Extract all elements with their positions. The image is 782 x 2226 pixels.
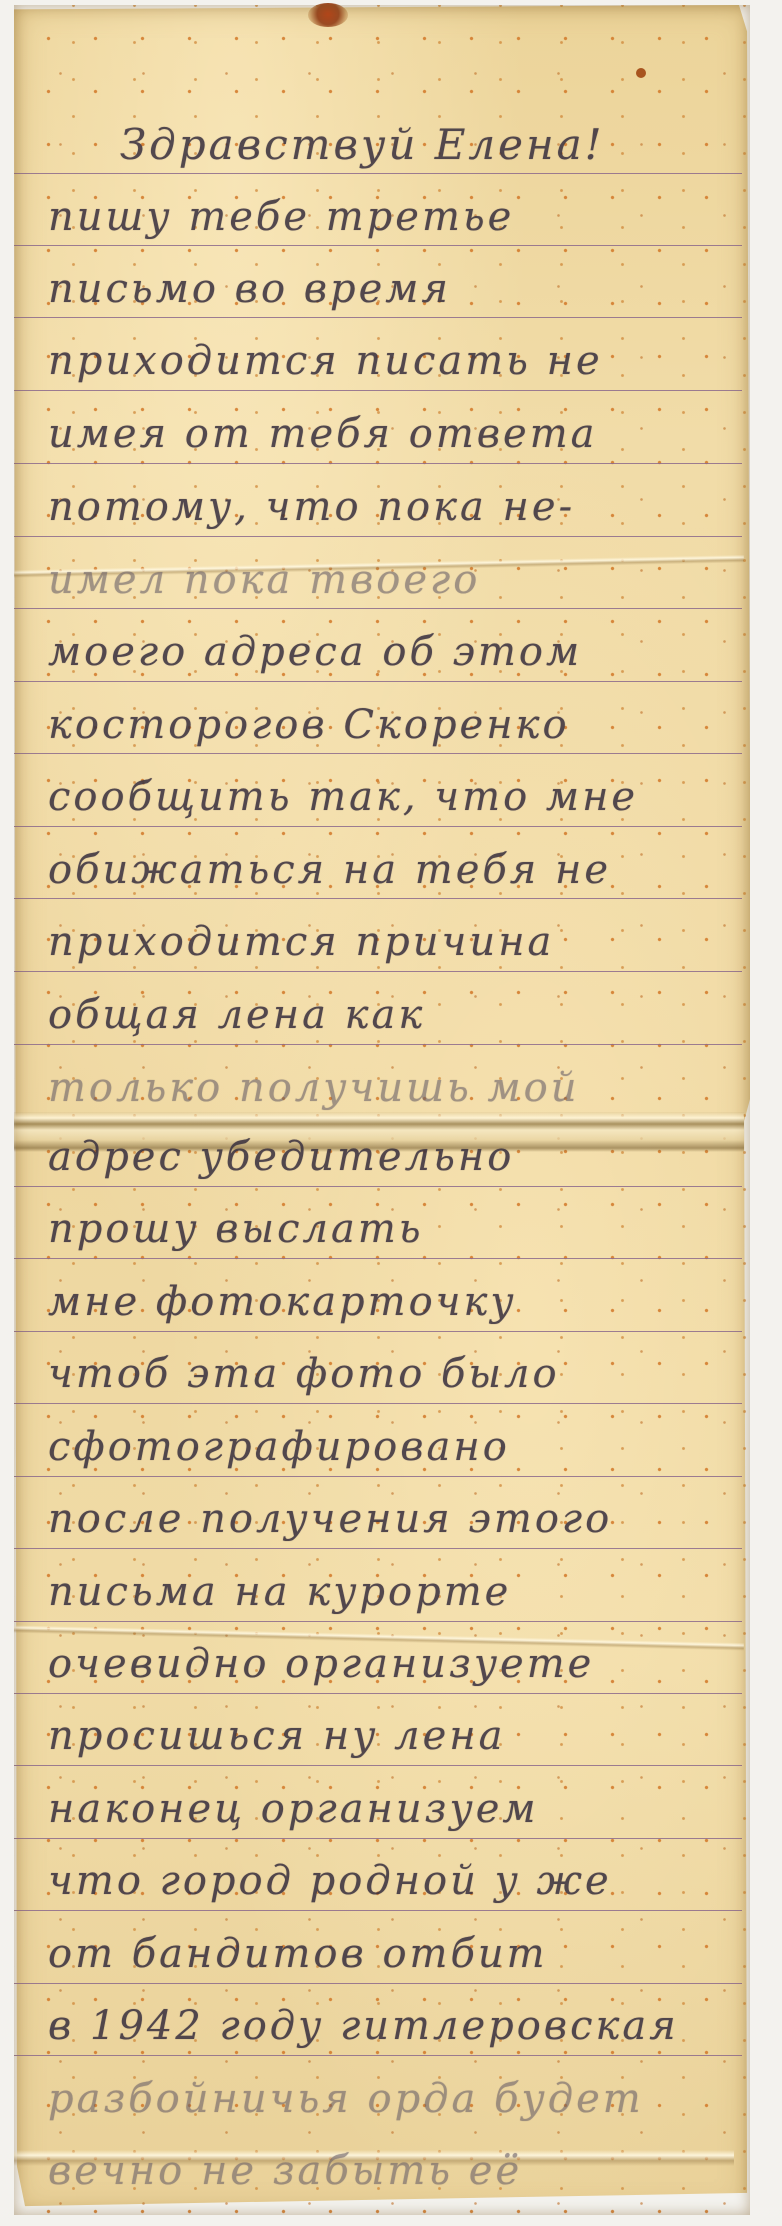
letter-line: сфотографировано [48,1424,738,1470]
ruled-line [14,1910,742,1911]
letter-line: имел пока твоего [48,557,738,603]
letter-line: после получения этого [48,1496,738,1542]
ruled-line [14,245,742,246]
rust-stain [308,3,348,27]
letter-line: разбойничья орда будет [48,2076,738,2122]
ruled-line [14,608,742,609]
ruled-line [14,1693,742,1694]
ruled-line [14,1838,742,1839]
ruled-line [14,753,742,754]
ruled-line [14,681,742,682]
ruled-line [14,1548,742,1549]
letter-line: просишься ну лена [48,1713,738,1759]
ruled-line [14,390,742,391]
ruled-line [14,1765,742,1766]
ruled-line [14,826,742,827]
letter-line: письма на курорте [48,1569,738,1615]
ruled-line [14,898,742,899]
letter-line: мне фотокарточку [48,1279,738,1325]
letter-line: вечно не забыть её [48,2148,738,2194]
letter-line: пишу тебе третье [48,194,738,240]
ruled-line [14,317,742,318]
letter-line: приходится причина [48,919,738,965]
letter-line: письмо во время [48,266,738,312]
ruled-line [14,1258,742,1259]
letter-line: косторогов Скоренко [48,702,738,748]
ruled-line [14,2055,742,2056]
ruled-line [14,1476,742,1477]
letter-line: сообщить так, что мне [48,774,738,820]
letter-line: прошу выслать [48,1206,738,1252]
ruled-line [14,173,742,174]
letter-line: чтоб эта фото было [48,1351,738,1397]
letter-line: в 1942 году гитлеровская [48,2003,738,2049]
letter-line: что город родной у же [48,1858,738,1904]
ruled-line [14,536,742,537]
ruled-line [14,1983,742,1984]
ruled-line [14,1621,742,1622]
letter-line: потому, что пока не- [48,484,738,530]
ruled-line [14,1331,742,1332]
letter-line: общая лена как [48,992,738,1038]
ruled-line [14,1403,742,1404]
ruled-line [14,463,742,464]
letter-line: очевидно организуете [48,1641,738,1687]
ruled-line [14,971,742,972]
letter-line: только получишь мой [48,1065,738,1111]
letter-line: приходится писать не [48,338,738,384]
ink-spot [636,68,646,78]
ruled-line [14,1186,742,1187]
letter-line: имея от тебя ответа [48,411,738,457]
letter-line: адрес убедительно [48,1134,738,1180]
letter-greeting: Здравствуй Елена! [120,120,782,169]
letter-line: обижаться на тебя не [48,847,738,893]
ruled-line [14,1044,742,1045]
letter-line: наконец организуем [48,1786,738,1832]
letter-line: от бандитов отбит [48,1931,738,1977]
letter-line: моего адреса об этом [48,629,738,675]
